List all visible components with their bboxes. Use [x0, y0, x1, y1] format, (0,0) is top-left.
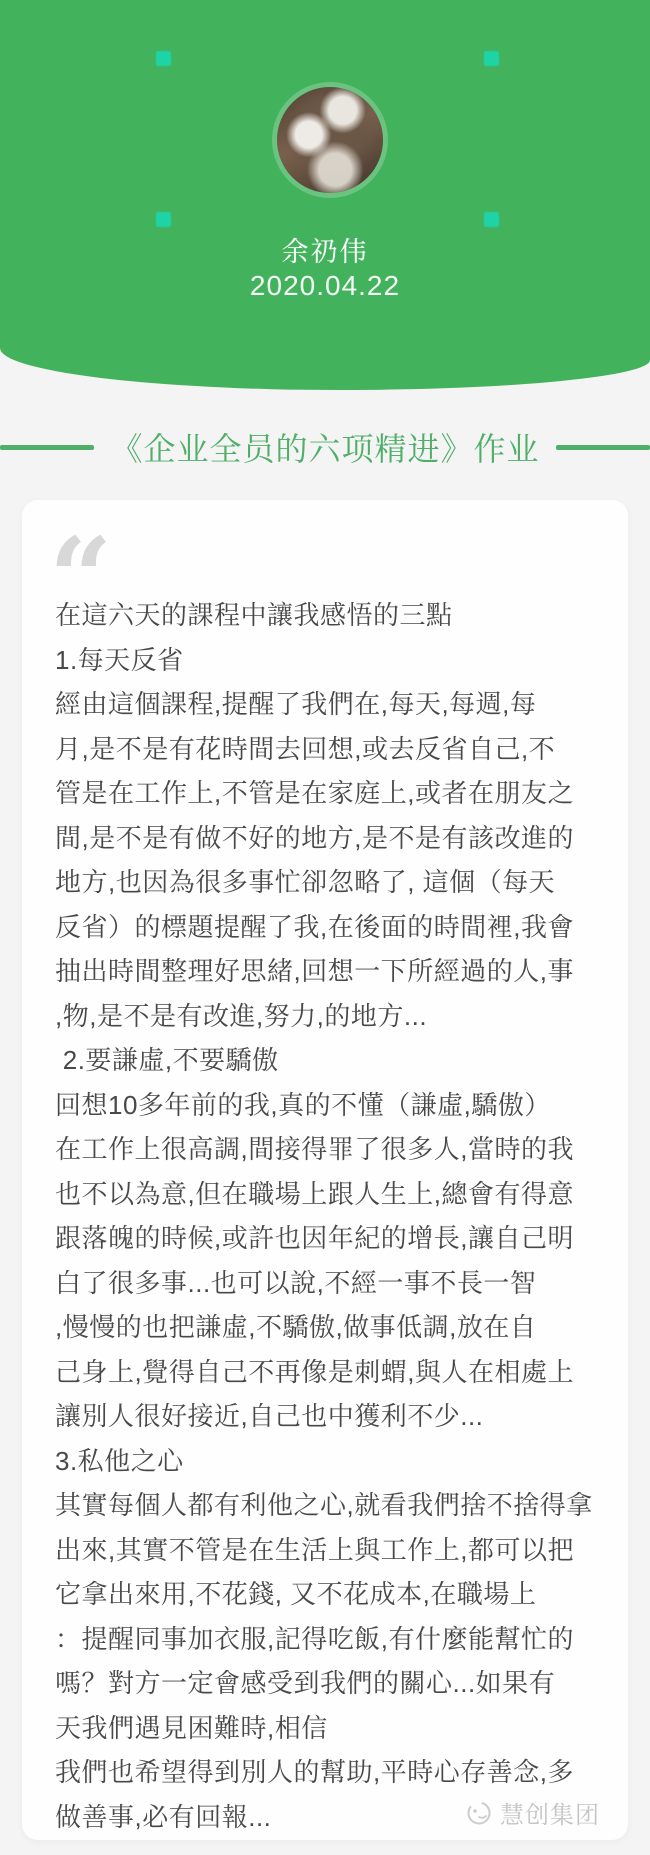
- accent-square: [484, 51, 499, 66]
- article-line: 嗎？對方一定會感受到我們的關心...如果有: [55, 1661, 595, 1706]
- article-line: 己身上,覺得自己不再像是刺蝟,與人在相處上: [55, 1350, 595, 1395]
- article-title-row: 《企业全员的六项精进》作业: [0, 424, 650, 470]
- accent-square: [156, 212, 171, 227]
- article-line: 抽出時間整理好思緒,回想一下所經過的人,事: [55, 949, 595, 994]
- watermark: 慧创集团: [466, 1795, 600, 1830]
- article-card: “ 在這六天的課程中讓我感悟的三點1.每天反省經由這個課程,提醒了我們在,每天,…: [22, 500, 628, 1840]
- article-title: 《企业全员的六项精进》作业: [110, 424, 539, 470]
- author-name: 余礽伟: [0, 230, 650, 269]
- article-line: 1.每天反省: [55, 638, 595, 683]
- article-line: 在這六天的課程中讓我感悟的三點: [55, 593, 595, 638]
- company-logo-icon: [466, 1800, 492, 1826]
- article-line: 它拿出來用,不花錢, 又不花成本,在職場上: [55, 1572, 595, 1617]
- article-line: 跟落魄的時候,或許也因年紀的增長,讓自己明: [55, 1216, 595, 1261]
- accent-square: [156, 51, 171, 66]
- article-line: 出來,其實不管是在生活上與工作上,都可以把: [55, 1528, 595, 1573]
- profile-header: 余礽伟 2020.04.22: [0, 0, 650, 390]
- avatar: [277, 87, 383, 193]
- post-date: 2020.04.22: [0, 270, 650, 302]
- article-line: 天我們遇見困難時,相信: [55, 1706, 595, 1751]
- article-line: 間,是不是有做不好的地方,是不是有該改進的: [55, 816, 595, 861]
- article-line: 2.要謙虛,不要驕傲: [55, 1038, 595, 1083]
- article-line: 反省）的標題提醒了我,在後面的時間裡,我會: [55, 905, 595, 950]
- quote-icon: “: [55, 510, 595, 593]
- article-line: 管是在工作上,不管是在家庭上,或者在朋友之: [55, 771, 595, 816]
- article-line: 在工作上很高調,間接得罪了很多人,當時的我: [55, 1127, 595, 1172]
- article-line: 3.私他之心: [55, 1439, 595, 1484]
- article-line: 月,是不是有花時間去回想,或去反省自己,不: [55, 727, 595, 772]
- article-line: 也不以為意,但在職場上跟人生上,總會有得意: [55, 1172, 595, 1217]
- article-line: ,慢慢的也把謙虛,不驕傲,做事低調,放在自: [55, 1305, 595, 1350]
- article-line: 回想10多年前的我,真的不懂（謙虛,驕傲）: [55, 1083, 595, 1128]
- title-rule-left: [0, 445, 94, 450]
- title-rule-right: [556, 445, 650, 450]
- article-line: 白了很多事...也可以說,不經一事不長一智: [55, 1261, 595, 1306]
- article-line: 我們也希望得到別人的幫助,平時心存善念,多: [55, 1750, 595, 1795]
- article-line: 地方,也因為很多事忙卻忽略了, 這個（每天: [55, 860, 595, 905]
- accent-square: [484, 212, 499, 227]
- article-line: ：提醒同事加衣服,記得吃飯,有什麼能幫忙的: [55, 1617, 595, 1662]
- post-page: 余礽伟 2020.04.22 《企业全员的六项精进》作业 “ 在這六天的課程中讓…: [0, 0, 650, 1855]
- article-line: 讓別人很好接近,自己也中獲利不少...: [55, 1394, 595, 1439]
- watermark-text: 慧创集团: [500, 1795, 600, 1830]
- article-line: 經由這個課程,提醒了我們在,每天,每週,每: [55, 682, 595, 727]
- article-body: 在這六天的課程中讓我感悟的三點1.每天反省經由這個課程,提醒了我們在,每天,每週…: [55, 593, 595, 1839]
- article-line: ,物,是不是有改進,努力,的地方...: [55, 994, 595, 1039]
- article-line: 其實每個人都有利他之心,就看我們捨不捨得拿: [55, 1483, 595, 1528]
